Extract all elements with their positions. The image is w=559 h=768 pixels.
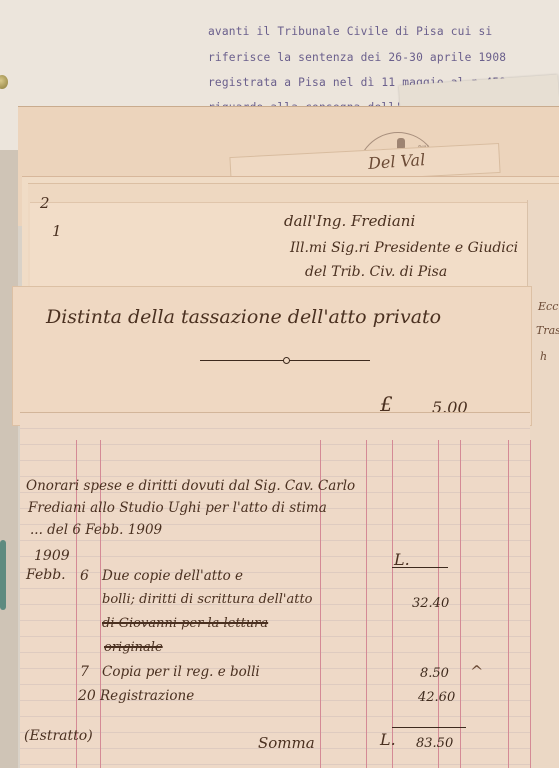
total-rule [392, 727, 466, 728]
entry-amount: 8.50 [420, 666, 449, 681]
binding-thread [0, 540, 6, 610]
entry-line: Copia per il reg. e bolli [102, 664, 260, 680]
entry-day: 6 [80, 568, 89, 584]
margin-mark: 1 [52, 222, 62, 240]
letter-line: Ill.mi Sig.ri Presidente e Giudici [290, 240, 518, 256]
entry-line: Due copie dell'atto e [102, 568, 243, 584]
background-edge [0, 150, 18, 768]
letter-line: del Trib. Civ. di Pisa [305, 264, 447, 280]
entry-day: 7 [80, 664, 89, 680]
distinta-title: Distinta della tassazione dell'atto priv… [46, 306, 441, 328]
ledger-year: 1909 [34, 548, 70, 564]
ledger-month: Febb. [26, 567, 66, 583]
total-amount: 83.50 [416, 736, 453, 751]
check-mark-icon: ^ [470, 662, 483, 681]
ledger-rule [530, 440, 531, 768]
ledger-rule [392, 440, 393, 768]
entry-amount: 42.60 [418, 690, 455, 705]
struck-entry-line: di Giovanni per la lettura [102, 616, 268, 631]
footer-note: (Estratto) [24, 728, 93, 744]
ledger-rule [366, 440, 367, 768]
entry-amount: 32.40 [412, 596, 449, 611]
ledger-sheet [20, 412, 530, 768]
total-currency: L. [380, 730, 396, 749]
entry-line: Registrazione [100, 688, 194, 704]
currency-underline [392, 567, 448, 568]
ledger-header-line: ... del 6 Febb. 1909 [30, 522, 162, 538]
entry-day: 20 [78, 688, 96, 704]
total-label: Somma [258, 734, 315, 752]
letter-line: dall'Ing. Frediani [284, 212, 415, 230]
entry-line: bolli; diritti di scrittura dell'atto [102, 592, 313, 607]
struck-entry-line: originale [104, 640, 163, 655]
ledger-header-line: Onorari spese e diritti dovuti dal Sig. … [26, 478, 355, 494]
brass-pin-icon [0, 75, 8, 89]
typed-line: avanti il Tribunale Civile di Pisa cui s… [208, 25, 492, 38]
edge-text: h [540, 350, 547, 363]
margin-mark: 2 [40, 194, 50, 212]
divider-dot-icon [283, 357, 290, 364]
ledger-rule [508, 440, 509, 768]
ledger-rule [460, 440, 461, 768]
typed-line: riferisce la sentenza dei 26-30 aprile 1… [208, 51, 506, 64]
edge-text: Ecc [538, 300, 558, 313]
edge-text: Tras [536, 324, 559, 337]
ledger-header-line: Frediani allo Studio Ughi per l'atto di … [28, 500, 327, 516]
stamp-signature: Del Val [367, 150, 425, 173]
